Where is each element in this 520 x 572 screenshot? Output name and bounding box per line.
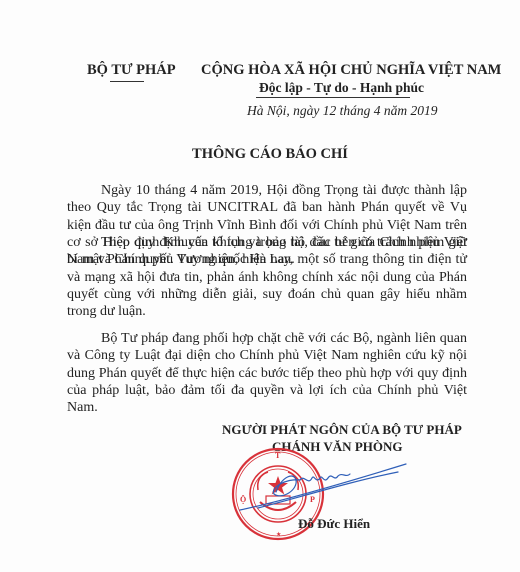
national-motto: Độc lập - Tự do - Hạnh phúc <box>259 80 424 96</box>
national-title: CỘNG HÒA XÃ HỘI CHỦ NGHĨA VIỆT NAM <box>201 62 501 79</box>
signer-title: NGƯỜI PHÁT NGÔN CỦA BỘ TƯ PHÁP <box>222 422 462 438</box>
place-date: Hà Nội, ngày 12 tháng 4 năm 2019 <box>247 103 438 119</box>
issuing-agency: BỘ TƯ PHÁP <box>87 62 176 79</box>
signer-name: Đỗ Đức Hiển <box>298 516 370 532</box>
motto-underline <box>256 97 410 98</box>
document-title: THÔNG CÁO BÁO CHÍ <box>0 146 520 163</box>
agency-underline <box>110 81 144 82</box>
svg-text:★: ★ <box>276 531 281 538</box>
handwritten-signature-icon <box>238 458 408 518</box>
body-paragraph: Bộ Tư pháp đang phối hợp chặt chẽ với cá… <box>67 330 467 416</box>
press-release-document: BỘ TƯ PHÁP CỘNG HÒA XÃ HỘI CHỦ NGHĨA VIỆ… <box>0 0 520 572</box>
body-paragraph: Theo quy định của tố tụng trọng tài, các… <box>67 234 467 320</box>
